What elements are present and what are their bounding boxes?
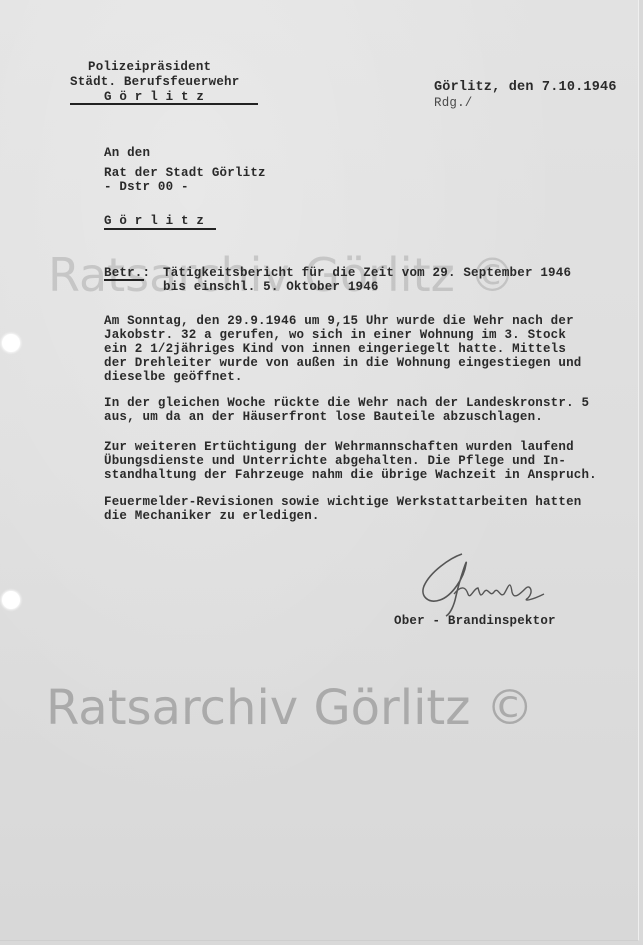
letterhead-authority: Polizeipräsident — [88, 60, 211, 74]
recipient-salutation: An den — [104, 146, 150, 160]
paragraph-line: aus, um da an der Häuserfront lose Baute… — [104, 410, 543, 424]
paragraph-line: Übungsdienste und Unterrichte abgehalten… — [104, 454, 566, 468]
paragraph-line: Jakobstr. 32 a gerufen, wo sich in einer… — [104, 328, 566, 342]
recipient-city: G ö r l i t z — [104, 214, 204, 228]
signature-flourish — [410, 548, 570, 618]
subject-label-underline — [104, 279, 144, 281]
paragraph-line: standhaltung der Fahrzeuge nahm die übri… — [104, 468, 597, 482]
recipient-city-underline — [104, 228, 216, 230]
paragraph-line: die Mechaniker zu erledigen. — [104, 509, 320, 523]
signatory-title: Ober - Brandinspektor — [394, 614, 556, 628]
reference-code: Rdg./ — [434, 96, 473, 110]
subject-line-1: Tätigkeitsbericht für die Zeit vom 29. S… — [163, 266, 571, 280]
paragraph-line: der Drehleiter wurde von außen in die Wo… — [104, 356, 581, 370]
recipient-department: - Dstr 00 - — [104, 180, 189, 194]
punch-hole-top — [2, 334, 20, 352]
watermark-lower: Ratsarchiv Görlitz © — [46, 680, 534, 736]
subject-label: Betr.: — [104, 266, 150, 280]
letterhead-city: G ö r l i t z — [104, 90, 204, 104]
paragraph-line: ein 2 1/2jähriges Kind von innen eingeri… — [104, 342, 566, 356]
document-page: Polizeipräsident Städt. Berufsfeuerwehr … — [0, 0, 639, 941]
letterhead-department: Städt. Berufsfeuerwehr — [70, 75, 239, 89]
paragraph-line: Am Sonntag, den 29.9.1946 um 9,15 Uhr wu… — [104, 314, 574, 328]
subject-line-2: bis einschl. 5. Oktober 1946 — [163, 280, 379, 294]
paragraph-line: dieselbe geöffnet. — [104, 370, 243, 384]
place-date: Görlitz, den 7.10.1946 — [434, 81, 617, 95]
paragraph-line: Feuermelder-Revisionen sowie wichtige We… — [104, 495, 581, 509]
paragraph-line: In der gleichen Woche rückte die Wehr na… — [104, 396, 589, 410]
punch-hole-bottom — [2, 591, 20, 609]
letterhead-underline — [70, 103, 258, 105]
paragraph-line: Zur weiteren Ertüchtigung der Wehrmannsc… — [104, 440, 574, 454]
recipient-name: Rat der Stadt Görlitz — [104, 166, 266, 180]
